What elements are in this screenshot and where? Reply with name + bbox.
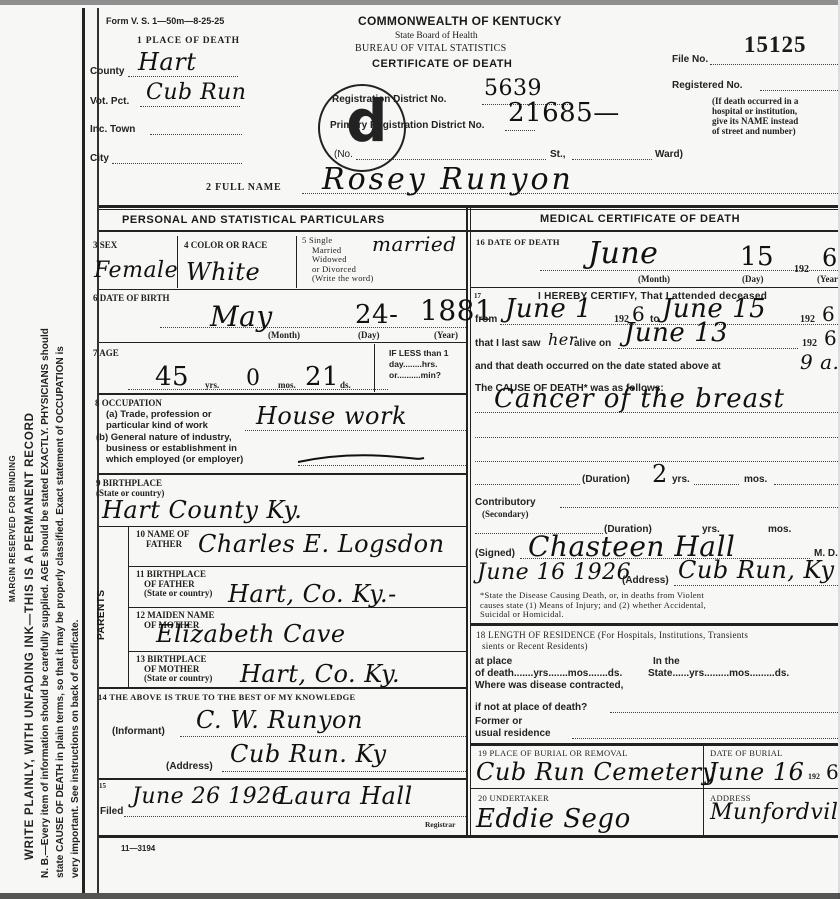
form-number: Form V. S. 1—50m—8-25-25	[106, 16, 224, 26]
informant-address-value: Cub Run. Ky	[230, 740, 387, 768]
to-year-prefix: 192	[800, 314, 815, 325]
death-certificate: MARGIN RESERVED FOR BINDING WRITE PLAINL…	[0, 0, 840, 899]
file-no-label: File No.	[672, 54, 708, 65]
scan-edge-bottom	[0, 893, 840, 899]
city-label: City	[90, 153, 109, 164]
duration-years: 2	[652, 460, 668, 488]
age-months: 0	[246, 366, 261, 391]
margin-write-plainly: WRITE PLAINLY, WITH UNFADING INK—THIS IS…	[24, 412, 36, 860]
last-saw-date: June 13	[624, 318, 728, 348]
mother-name-value: Elizabeth Cave	[156, 620, 346, 648]
county-label: County	[90, 66, 124, 77]
occupation-label: 8 OCCUPATION	[95, 398, 162, 408]
duration-mos-caption: mos.	[744, 474, 767, 485]
occupation-b-label: (b) General nature of industry, business…	[96, 432, 243, 465]
age-ds-caption: ds.	[340, 380, 351, 390]
medical-heading: MEDICAL CERTIFICATE OF DEATH	[540, 213, 740, 225]
parents-label: PARENTS	[96, 589, 107, 640]
age-days: 21	[305, 362, 339, 392]
dod-month: June	[588, 236, 658, 271]
board-of-health: State Board of Health	[395, 31, 478, 41]
duration-yrs-caption: yrs.	[672, 474, 690, 485]
race-value: White	[186, 258, 260, 286]
at-place-label: at place	[475, 656, 512, 667]
registrar-label: Registrar	[425, 820, 455, 829]
where-contracted-label: Where was disease contracted,	[475, 680, 623, 691]
certify-item-no: 17	[474, 292, 481, 300]
occupation-b-dash	[296, 450, 426, 466]
contributory-sub: (Secondary)	[482, 509, 529, 519]
vot-pct-label: Vot. Pct.	[90, 96, 129, 107]
margin-rule	[82, 8, 85, 893]
form-code: 11—3194	[121, 844, 155, 853]
father-birthplace-value: Hart, Co. Ky.-	[228, 580, 397, 608]
state-title: COMMONWEALTH OF KENTUCKY	[358, 14, 562, 28]
time-of-death: 9 a.m.	[800, 350, 840, 374]
margin-instruction-1: N. B.—Every item of information should b…	[40, 328, 51, 878]
margin-instruction-3: very important. See instructions on back…	[70, 620, 81, 878]
from-date: June 1	[505, 294, 592, 324]
county-value: Hart	[138, 48, 196, 76]
signed-date: June 16 1926	[477, 560, 631, 585]
burial-date-value: June 16	[708, 758, 804, 786]
dob-month: May	[210, 300, 273, 333]
race-label: 4 COLOR OR RACE	[184, 240, 267, 250]
scan-edge-top	[0, 0, 840, 5]
dod-day-caption: (Day)	[742, 274, 764, 284]
last-saw-year-prefix: 192	[802, 338, 817, 349]
informant-label: (Informant)	[112, 726, 165, 737]
signed-label: (Signed)	[475, 548, 515, 559]
age-label: 7 AGE	[93, 348, 119, 358]
dod-year-caption: (Year)	[817, 274, 840, 284]
former-label: Former or	[475, 716, 522, 727]
cause-footnote: *State the Disease Causing Death, or, in…	[480, 591, 706, 620]
ward-label: Ward)	[655, 149, 683, 160]
primary-registration-value: 21685—	[508, 98, 620, 128]
marital-labels: 5 Single Married Widowed or Divorced (Wr…	[302, 236, 374, 284]
dod-month-caption: (Month)	[638, 274, 670, 284]
vot-pct-value: Cub Run	[146, 80, 246, 105]
burial-date-label: DATE OF BURIAL	[710, 748, 783, 758]
filed-date: June 26 1926	[132, 784, 286, 809]
dob-month-caption: (Month)	[268, 330, 300, 340]
date-of-death-label: 16 DATE OF DEATH	[476, 237, 560, 247]
registered-no-label: Registered No.	[672, 80, 743, 91]
margin-instruction-2: state CAUSE OF DEATH in plain terms, so …	[55, 346, 66, 878]
inc-town-label: Inc. Town	[90, 124, 135, 135]
file-number: 15125	[744, 32, 807, 58]
dob-day-caption: (Day)	[358, 330, 380, 340]
father-birthplace-label: 11 BIRTHPLACE OF FATHER (State or countr…	[136, 570, 212, 599]
registrar-signature: Laura Hall	[278, 782, 413, 810]
physician-address-label: (Address)	[622, 575, 669, 586]
certificate-title: CERTIFICATE OF DEATH	[372, 58, 512, 70]
marital-status-value: married	[372, 232, 457, 256]
birthplace-value: Hart County Ky.	[102, 496, 302, 524]
undertaker-label: 20 UNDERTAKER	[478, 793, 549, 803]
informant-heading: 14 THE ABOVE IS TRUE TO THE BEST OF MY K…	[98, 692, 356, 702]
father-name-value: Charles E. Logsdon	[198, 530, 445, 558]
age-yrs-caption: yrs.	[205, 380, 219, 390]
birthplace-label: 9 BIRTHPLACE (State or country)	[96, 478, 164, 498]
margin-reserved-text: MARGIN RESERVED FOR BINDING	[8, 455, 17, 602]
to-year: 6	[822, 302, 835, 326]
in-the-label: In the	[653, 656, 680, 667]
state-row: State......yrs.........mos.........ds.	[648, 668, 789, 679]
residence-heading: 18 LENGTH OF RESIDENCE (For Hospitals, I…	[476, 630, 748, 651]
binding-margin: MARGIN RESERVED FOR BINDING WRITE PLAINL…	[0, 0, 84, 899]
occurred-text: and that death occurred on the date stat…	[475, 361, 721, 372]
undertaker-value: Eddie Sego	[476, 804, 631, 834]
contributory-label: Contributory	[475, 497, 536, 508]
dod-year-prefix: 192	[794, 264, 809, 275]
occupation-a-label: (a) Trade, profession or particular kind…	[106, 409, 212, 431]
dob-year-caption: (Year)	[434, 330, 458, 340]
occupation-value: House work	[256, 402, 407, 430]
mother-birthplace-label: 13 BIRTHPLACE OF MOTHER (State or countr…	[136, 655, 212, 684]
dob-day: 24-	[355, 300, 398, 330]
filed-item-no: 15	[99, 782, 106, 790]
full-name-label: 2 FULL NAME	[206, 182, 281, 193]
if-not-label: if not at place of death?	[475, 702, 587, 713]
mother-birthplace-value: Hart, Co. Ky.	[240, 660, 400, 688]
last-saw-pronoun: her	[548, 330, 577, 349]
burial-year-prefix: 192	[808, 772, 820, 781]
from-label: from	[475, 314, 497, 325]
place-of-death-label: 1 PLACE OF DEATH	[137, 36, 240, 46]
father-name-label: 10 NAME OF FATHER	[136, 530, 190, 549]
physician-address: Cub Run, Ky	[678, 556, 835, 584]
bureau-title: BUREAU OF VITAL STATISTICS	[355, 43, 507, 54]
age-mos-caption: mos.	[278, 380, 296, 390]
undertaker-address-value: Munfordville Ky	[710, 800, 840, 825]
last-saw-text: that I last saw	[475, 338, 541, 349]
registrar-stamp-letter: d	[346, 92, 388, 150]
filed-label: Filed	[100, 806, 123, 817]
last-saw-year: 6	[824, 326, 837, 350]
less-than-day: IF LESS than 1 day........hrs. or.......…	[389, 348, 449, 381]
sex-value: Female	[94, 258, 178, 283]
of-death-row: of death.......yrs.......mos.......ds.	[475, 668, 622, 679]
dob-label: 6 DATE OF BIRTH	[93, 293, 169, 303]
hospital-note: (If death occurred in a hospital or inst…	[712, 96, 798, 136]
contrib-mos-caption: mos.	[768, 524, 791, 535]
dod-year: 6	[822, 244, 838, 272]
usual-residence-label: usual residence	[475, 728, 551, 739]
personal-heading: PERSONAL AND STATISTICAL PARTICULARS	[122, 214, 385, 226]
full-name-value: Rosey Runyon	[322, 162, 574, 197]
duration-label: (Duration)	[582, 474, 630, 485]
age-years: 45	[155, 362, 189, 392]
burial-place-label: 19 PLACE OF BURIAL OR REMOVAL	[478, 748, 628, 758]
dod-day: 15	[740, 242, 774, 272]
informant-value: C. W. Runyon	[196, 706, 363, 734]
sex-label: 3 SEX	[93, 240, 117, 250]
cause-of-death-value: Cancer of the breast	[494, 384, 785, 414]
street-label: St.,	[550, 149, 566, 160]
informant-address-label: (Address)	[166, 761, 213, 772]
burial-place-value: Cub Run Cemetery	[476, 758, 716, 786]
alive-on-text: alive on	[574, 338, 611, 349]
